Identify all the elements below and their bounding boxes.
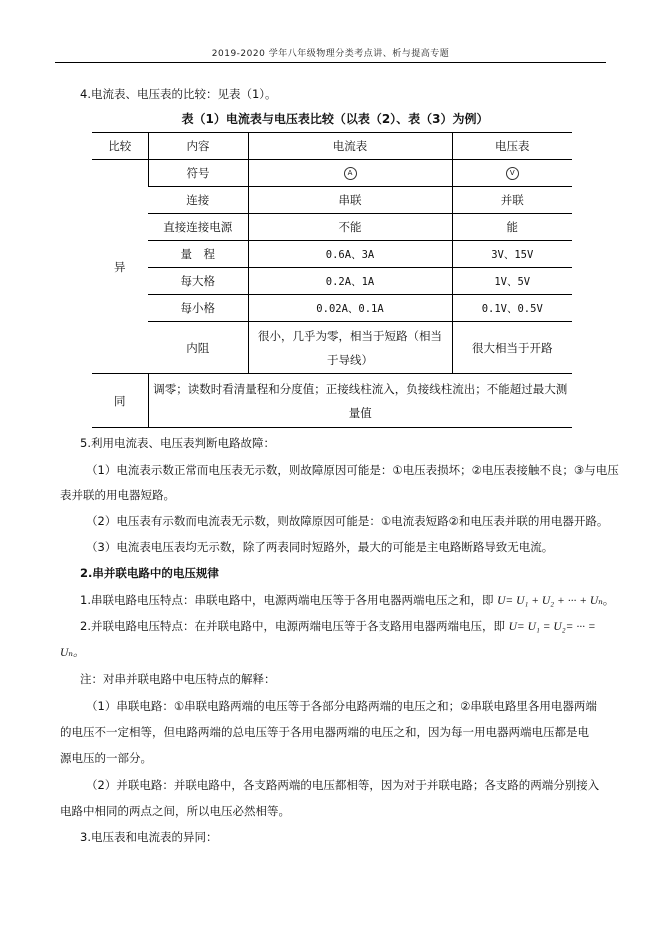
table-row: 每小格 0.02A、0.1A 0.1V、0.5V [92,295,572,322]
series-rule-text: 1.串联电路电压特点：串联电路中，电源两端电压等于各用电器两端电压之和，即 [80,593,497,607]
ammeter-symbol-icon: A [344,167,357,180]
row-item-label: 直接连接电源 [148,214,248,241]
same-text: 调零；读数时看清量程和分度值；正接线柱流入，负接线柱流出；不能超过最大测量值 [148,374,572,428]
note1-line3: 源电压的一部分。 [60,750,152,766]
series-rule-end: 。 [603,593,615,607]
ammeter-value: 0.2A、1A [248,268,452,295]
comparison-table: 比较 内容 电流表 电压表 异 符号 A V 连接 串联 并联 直接连接电源 不… [92,132,572,428]
ammeter-value: 0.02A、0.1A [248,295,452,322]
note1-line1: （1）串联电路：①串联电路两端的电压等于各部分电路两端的电压之和；②串联电路里各… [86,698,597,714]
header-ammeter: 电流表 [248,133,452,160]
table-row: 直接连接电源 不能 能 [92,214,572,241]
voltmeter-value: 0.1V、0.5V [452,295,572,322]
parallel-rule-text: 2.并联电路电压特点：在并联电路中，电源两端电压等于各支路用电器两端电压，即 [80,619,509,633]
parallel-rule: 2.并联电路电压特点：在并联电路中，电源两端电压等于各支路用电器两端电压，即 U… [80,618,596,635]
ammeter-value: 串联 [248,187,452,214]
note1-line2: 的电压不一定相等，但电路两端的总电压等于各用电器两端的电压之和，因为每一用电器两… [60,724,589,740]
voltmeter-symbol-icon: V [506,167,519,180]
row-item-label: 每大格 [148,268,248,295]
note2-line2: 电路中相同的两点之间，所以电压必然相等。 [60,803,290,819]
row-item-label: 内阻 [148,322,248,374]
series-formula: U= U₁ + U₂ + ··· + Uₙ [497,595,603,607]
row-item-label: 连接 [148,187,248,214]
table-row: 连接 串联 并联 [92,187,572,214]
ammeter-value: 0.6A、3A [248,241,452,268]
section5-item3: （3）电流表电压表均无示数，除了两表同时短路外，最大的可能是主电路断路导致无电流… [86,539,553,555]
item3-heading: 3.电压表和电流表的异同： [80,829,217,845]
section5-item1-line1: （1）电流表示数正常而电压表无示数，则故障原因可能是：①电压表损坏；②电压表接触… [86,462,619,478]
page-header-title: 2019-2020 学年八年级物理分类考点讲、析与提高专题 [30,46,631,59]
parallel-formula: U= U₁ = U₂= ··· = [509,621,596,633]
voltage-rules-heading: 2.串并联电路中的电压规律 [80,565,219,581]
header-divider [55,62,606,63]
table-row: 量 程 0.6A、3A 3V、15V [92,241,572,268]
ammeter-value: 很小，几乎为零，相当于短路（相当于导线） [248,322,452,374]
voltmeter-value: 并联 [452,187,572,214]
voltmeter-value: 1V、5V [452,268,572,295]
table-caption: 表（1）电流表与电压表比较（以表（2）、表（3）为例） [90,110,580,127]
table-header-row: 比较 内容 电流表 电压表 [92,133,572,160]
series-rule: 1.串联电路电压特点：串联电路中，电源两端电压等于各用电器两端电压之和，即 U=… [80,592,614,609]
table-row: 每大格 0.2A、1A 1V、5V [92,268,572,295]
section5-heading: 5.利用电流表、电压表判断电路故障： [80,435,275,451]
note-heading: 注：对串并联电路中电压特点的解释： [80,671,276,687]
header-compare: 比较 [92,133,148,160]
voltmeter-value: 能 [452,214,572,241]
voltmeter-symbol-cell: V [452,160,572,187]
section4-heading: 4.电流表、电压表的比较：见表（1）。 [80,86,277,102]
header-content: 内容 [148,133,248,160]
group-same-label: 同 [92,374,148,428]
voltmeter-value: 3V、15V [452,241,572,268]
header-voltmeter: 电压表 [452,133,572,160]
table-row: 内阻 很小，几乎为零，相当于短路（相当于导线） 很大相当于开路 [92,322,572,374]
section5-item1-line2: 表并联的用电器短路。 [60,487,175,503]
ammeter-symbol-cell: A [248,160,452,187]
row-item-label: 符号 [148,160,248,187]
row-item-label: 量 程 [148,241,248,268]
group-diff-label: 异 [92,160,148,374]
section5-item2: （2）电压表有示数而电流表无示数，则故障原因可能是：①电流表短路②和电压表并联的… [86,513,608,529]
voltmeter-value: 很大相当于开路 [452,322,572,374]
row-item-label: 每小格 [148,295,248,322]
parallel-rule-line2: Uₙ。 [60,645,84,661]
ammeter-value: 不能 [248,214,452,241]
note2-line1: （2）并联电路：并联电路中，各支路两端的电压都相等，因为对于并联电路；各支路的两… [86,777,599,793]
table-row: 异 符号 A V [92,160,572,187]
table-row-same: 同 调零；读数时看清量程和分度值；正接线柱流入，负接线柱流出；不能超过最大测量值 [92,374,572,428]
